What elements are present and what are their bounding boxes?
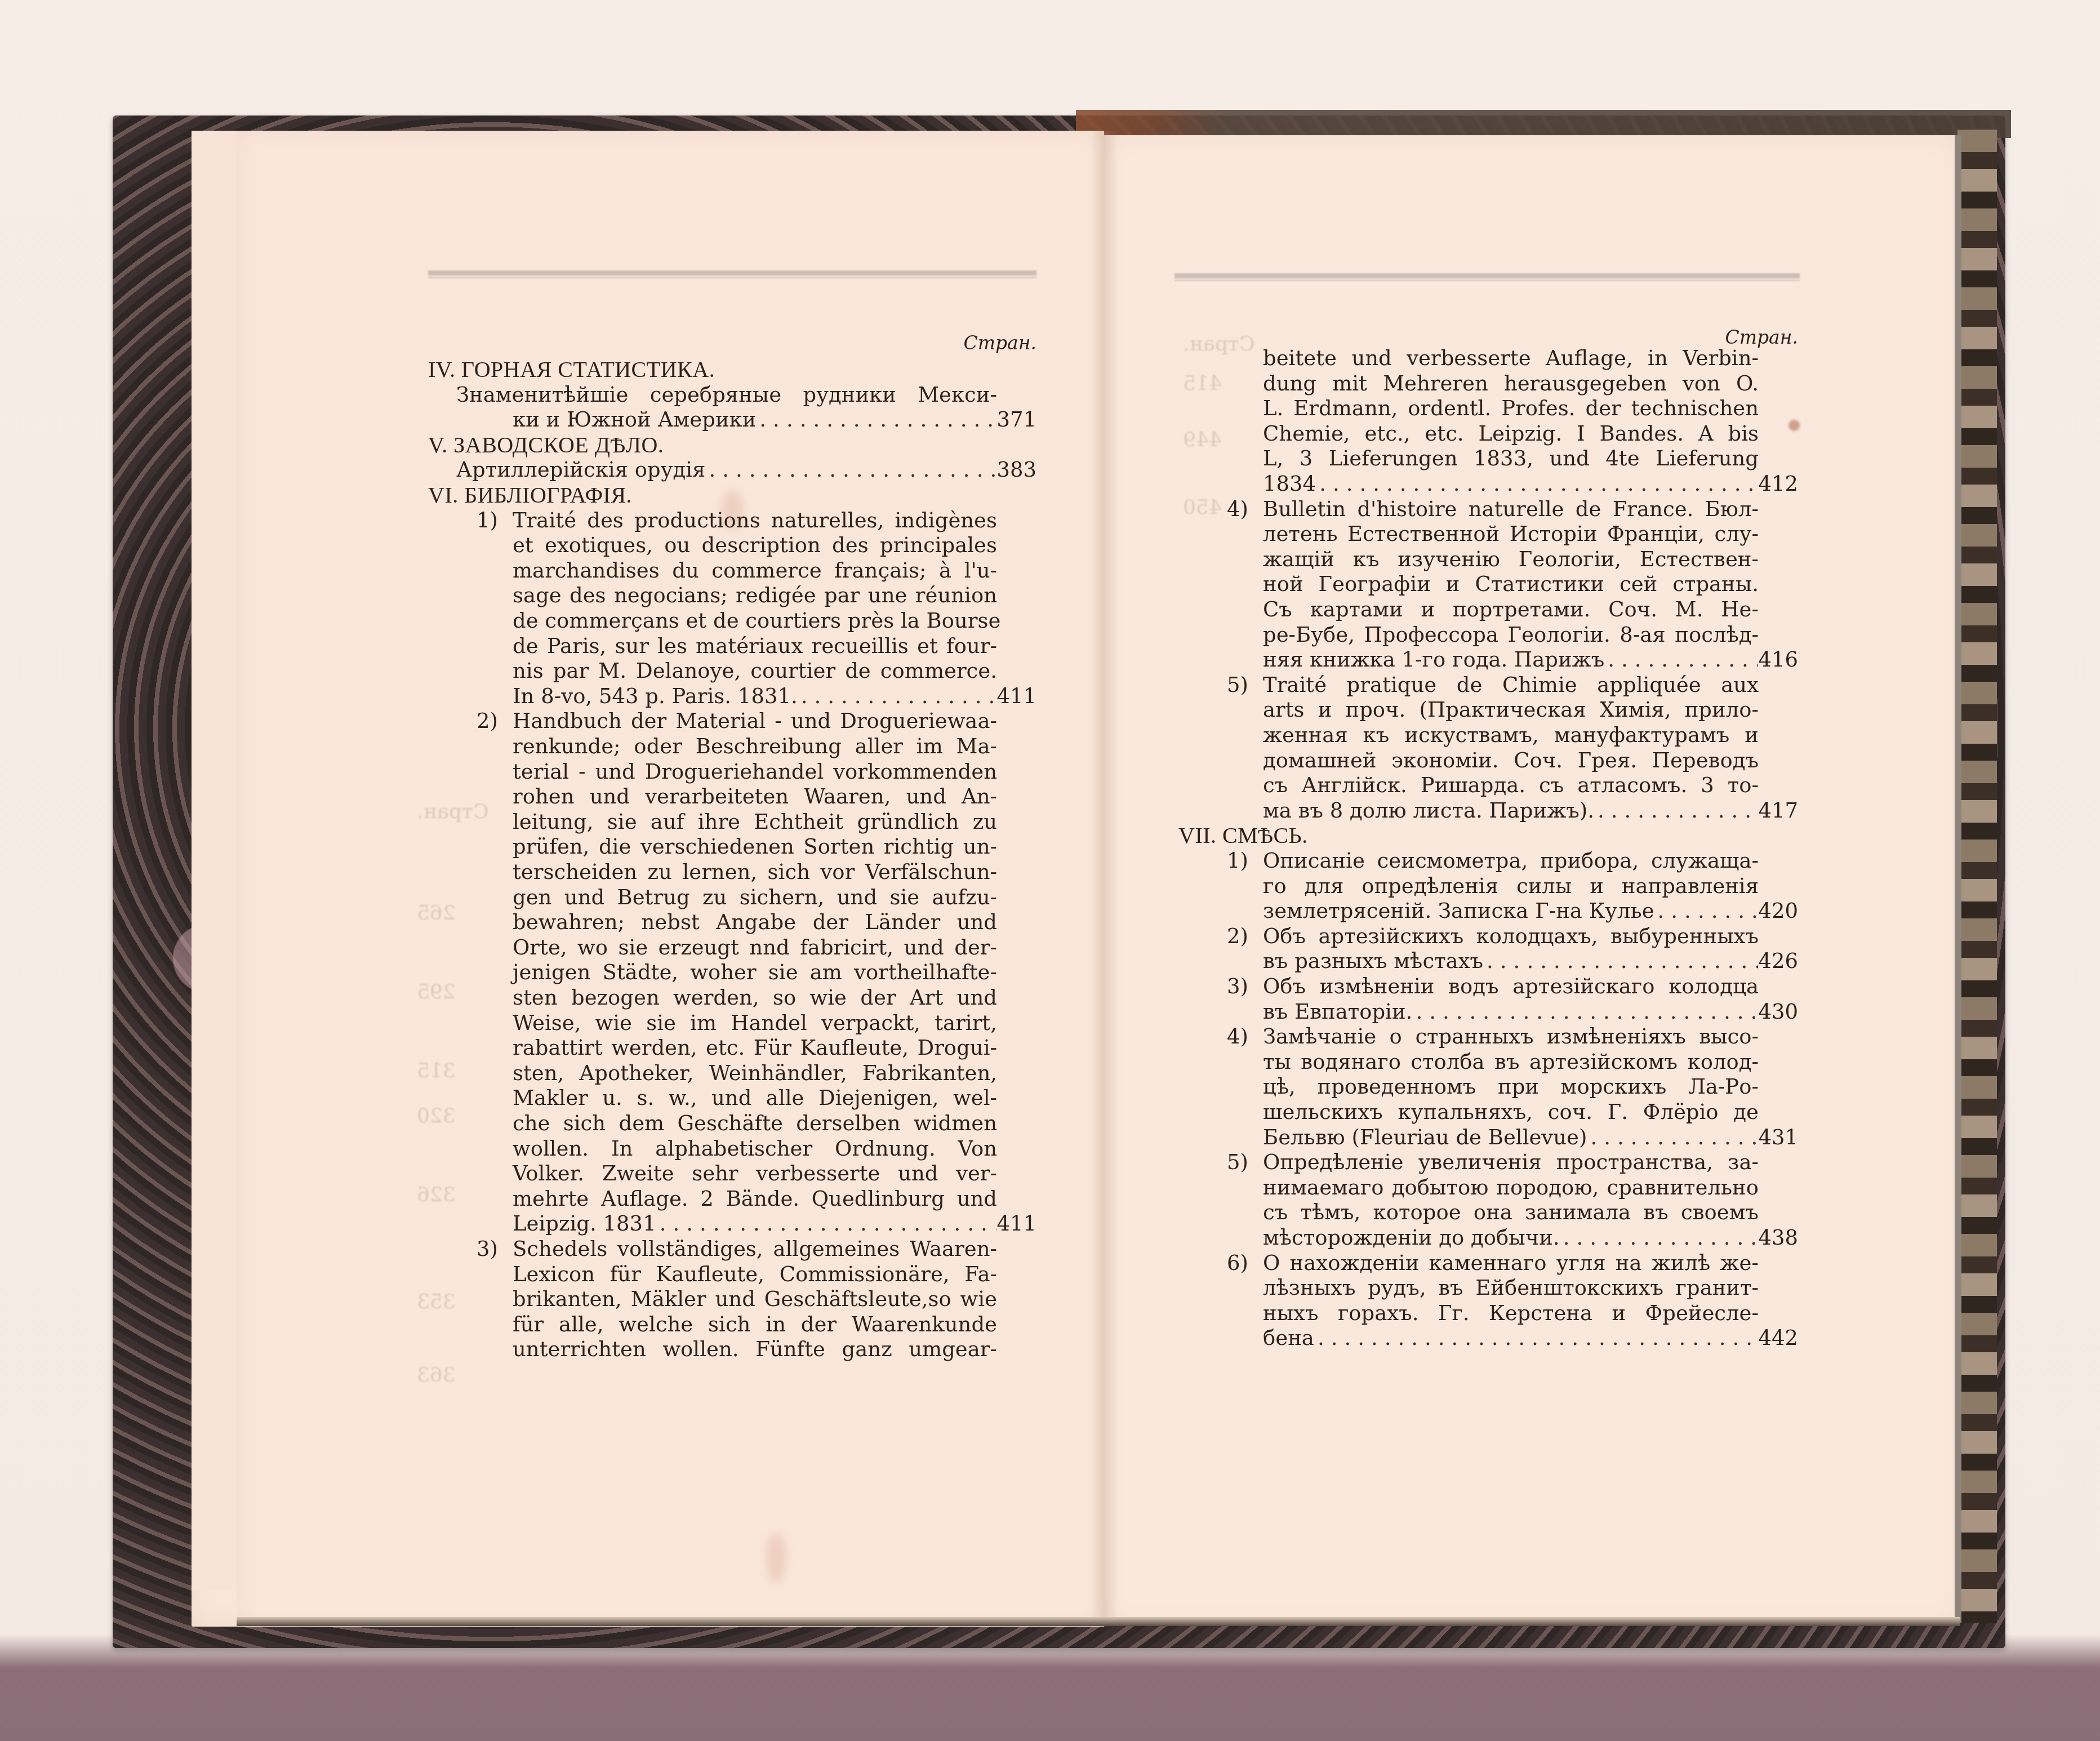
line-text: Съ картами и портретами. Соч. М. Не- xyxy=(1263,597,1759,621)
line-text: Lexicon für Kaufleute, Commissionäre, Fa… xyxy=(513,1262,997,1286)
book-cover-right-edge xyxy=(1957,130,1997,1623)
line-text: renkunde; oder Beschreibung aller im Ma- xyxy=(513,734,997,758)
line-text: съ тѣмъ, которое она занимала въ своемъ xyxy=(1263,1200,1759,1224)
toc-text-line: beitete und verbesserte Auflage, in Verb… xyxy=(1263,345,1759,372)
toc-text-line: женная къ искуствамъ, мануфактурамъ и xyxy=(1263,722,1759,749)
toc-text-line: sage des negocians; redigée par une réun… xyxy=(513,582,997,609)
page-block-edge xyxy=(1955,135,1961,1623)
section-heading: VI. БИБЛІОГРАФІЯ. xyxy=(428,482,1036,509)
page-number: 438 xyxy=(1758,1224,1798,1251)
line-text: sage des negocians; redigée par une réun… xyxy=(513,583,997,607)
page-number: 416 xyxy=(1758,646,1798,673)
toc-text-line: sten bezogen werden, so wie der Art und xyxy=(513,984,997,1011)
bleed-through-text: 326 xyxy=(417,1183,456,1206)
page-number: 417 xyxy=(1758,797,1798,824)
toc-text-line: съ тѣмъ, которое она занимала въ своемъ xyxy=(1263,1199,1759,1226)
line-text: gen und Betrug zu sichern, und sie aufzu… xyxy=(513,885,997,909)
item-number: 4) xyxy=(1227,496,1258,523)
section-heading: V. ЗАВОДСКОЕ ДѢЛО. xyxy=(428,432,1036,459)
line-text: Описаніе сеисмометра, прибора, служаща- xyxy=(1263,849,1759,873)
page-number: 383 xyxy=(996,456,1036,483)
line-text: женная къ искуствамъ, мануфактурамъ и xyxy=(1263,723,1759,747)
line-text: rohen und verarbeiteten Waaren, und An- xyxy=(513,784,997,809)
line-text: жащій къ изученію Геологіи, Естествен- xyxy=(1263,547,1759,571)
line-text: et exotiques, ou description des princip… xyxy=(513,533,997,557)
dot-leader: ........................................… xyxy=(1314,1325,1758,1352)
toc-text-line: 3)Объ измѣненіи водъ артезійскаго колодц… xyxy=(1263,973,1759,1000)
entry-title: бена xyxy=(1263,1325,1314,1352)
toc-entry: Leipzig. 1831...........................… xyxy=(513,1210,1036,1237)
entry-title: 1834 xyxy=(1263,470,1316,498)
section-title: IV. ГОРНАЯ СТАТИСТИКА. xyxy=(428,357,715,382)
toc-text-line: ты водянаго столба въ артезійскомъ колод… xyxy=(1263,1049,1759,1076)
entry-title: In 8-vo, 543 p. Paris. 1831. xyxy=(513,683,798,710)
item-number: 1) xyxy=(1227,847,1258,874)
toc-entry: няя книжка 1-го года. Парижъ............… xyxy=(1263,646,1798,673)
toc-text-line: цѣ, проведенномъ при морскихъ Ла-Ро- xyxy=(1263,1073,1759,1100)
line-text: mehrte Auflage. 2 Bände. Quedlinburg und xyxy=(513,1187,997,1211)
item-number: 3) xyxy=(477,1236,508,1263)
entry-title: ки и Южной Америки xyxy=(513,406,756,433)
line-text: bewahren; nebst Angabe der Länder und xyxy=(513,910,997,934)
toc-text-line: für alle, welche sich in der Waarenkunde xyxy=(513,1311,997,1338)
toc-text-line: sten, Apotheker, Weinhändler, Fabrikante… xyxy=(513,1060,997,1087)
section-heading: IV. ГОРНАЯ СТАТИСТИКА. xyxy=(428,356,1036,383)
line-text: unterrichten wollen. Fünfte ganz umgear- xyxy=(513,1337,997,1361)
page-number: 426 xyxy=(1758,948,1798,975)
line-text: prüfen, die verschiedenen Sorten richtig… xyxy=(513,834,997,859)
toc-text-line: 2)Handbuch der Material - und Droguerie­… xyxy=(513,708,997,735)
line-text: marchandises du commerce français; à l'u… xyxy=(513,558,997,583)
toc-text-line: unterrichten wollen. Fünfte ganz umgear- xyxy=(513,1336,997,1363)
toc-entry: бена....................................… xyxy=(1263,1325,1798,1352)
dot-leader: ........................................… xyxy=(1560,1224,1759,1251)
line-text: de Paris, sur les matériaux recueillis e… xyxy=(513,634,997,658)
section-title: V. ЗАВОДСКОЕ ДѢЛО. xyxy=(428,432,664,458)
line-text: Chemie, etc., etc. Leipzig. I Bandes. A … xyxy=(1263,421,1759,446)
section-title: VII. СМѢСЬ. xyxy=(1178,823,1308,848)
toc-text-line: лѣзныхъ рудъ, въ Ейбенштокскихъ гранит- xyxy=(1263,1274,1759,1302)
line-text: Traité des productions naturelles, indig… xyxy=(513,508,997,532)
bleed-through-text: Стран. xyxy=(417,800,488,823)
toc-text-line: го для опредѣленія силы и направленія xyxy=(1263,873,1759,900)
line-text: terial - und Drogueriehandel vorkommende… xyxy=(513,760,997,784)
toc-text-line: 2)Объ артезійскихъ колодцахъ, выбуренных… xyxy=(1263,923,1759,950)
dot-leader: ........................................… xyxy=(705,456,996,483)
page-number: 371 xyxy=(996,406,1036,433)
toc-text-line: нимаемаго добытою породою, сравнительно xyxy=(1263,1174,1759,1201)
line-text: Schedels vollständiges, allgemeines Waar… xyxy=(513,1237,997,1261)
line-text: für alle, welche sich in der Waarenkunde xyxy=(513,1312,997,1336)
line-text: dung mit Mehreren herausgegeben von O. xyxy=(1263,371,1759,396)
toc-text-line: terial - und Drogueriehandel vorkommende… xyxy=(513,758,997,785)
toc-entry: ма въ 8 долю листа. Парижъ).............… xyxy=(1263,797,1798,824)
page-number: 420 xyxy=(1758,898,1798,925)
toc-entry: землетрясеній. Записка Г-на Кулье.......… xyxy=(1263,898,1798,925)
line-text: Bulletin d'histoire naturelle de France.… xyxy=(1263,497,1759,521)
toc-text-line: съ Англійск. Ришарда. съ атласомъ. 3 то- xyxy=(1263,772,1759,799)
toc-text-line: Makler u. s. w., und alle Diejenigen, we… xyxy=(513,1085,997,1112)
toc-text-line: de Paris, sur les matériaux recueillis e… xyxy=(513,633,997,660)
toc-text-line: ной Географіи и Статистики сей страны. xyxy=(1263,571,1759,598)
toc-text-line: ныхъ горахъ. Гг. Керстена и Фрейесле- xyxy=(1263,1300,1759,1327)
header-rule-left xyxy=(428,270,1036,278)
line-text: leitung, sie auf ihre Echtheit gründlich… xyxy=(513,810,997,834)
line-text: ныхъ горахъ. Гг. Керстена и Фрейесле- xyxy=(1263,1301,1759,1325)
dot-leader: ........................................… xyxy=(756,406,996,433)
line-text: Traité pratique de Chimie appliquée aux xyxy=(1263,673,1759,697)
line-text: rabattirt werden, etc. Für Kaufleute, Dr… xyxy=(513,1036,997,1060)
page-number: 442 xyxy=(1758,1325,1798,1352)
page-number: 411 xyxy=(996,683,1036,710)
line-text: beitete und verbesserte Auflage, in Verb… xyxy=(1263,346,1759,370)
page-number: 412 xyxy=(1758,470,1798,498)
dot-leader: ........................................… xyxy=(1594,797,1758,824)
line-text: Знаменитѣйшіе серебряные рудники Мекси- xyxy=(456,383,997,407)
toc-text-line: 6)О нахожденіи каменнаго угля на жилѣ же… xyxy=(1263,1250,1759,1277)
item-number: 3) xyxy=(1227,973,1258,1000)
toc-text-line: nis par M. Delanoye, courtier de commerc… xyxy=(513,658,997,685)
toc-text-line: жащій къ изученію Геологіи, Естествен- xyxy=(1263,546,1759,573)
line-text: ре-Бубе, Профессора Геологіи. 8-ая послѣ… xyxy=(1263,623,1759,647)
toc-text-line: L, 3 Lieferungen 1833, und 4te Lieferung xyxy=(1263,445,1759,472)
toc-entry: Бельвю (Fleuriau de Bellevue)...........… xyxy=(1263,1124,1798,1151)
dot-leader: ........................................… xyxy=(798,683,997,710)
entry-title: въ Евпаторіи. xyxy=(1263,998,1412,1025)
line-text: Handbuch der Material - und Droguerie­wa… xyxy=(513,709,997,733)
dot-leader: ........................................… xyxy=(1316,470,1758,498)
toc-text-line: prüfen, die verschiedenen Sorten richtig… xyxy=(513,833,997,860)
bleed-through-text: 315 xyxy=(417,1059,456,1082)
page-column-label: Стран. xyxy=(428,330,1036,357)
line-text: che sich dem Geschäfte derselben widmen xyxy=(513,1111,997,1135)
bleed-through-text: 265 xyxy=(417,901,456,925)
line-text: Makler u. s. w., und alle Diejenigen, we… xyxy=(513,1086,997,1110)
toc-text-line: de commerçans et de courtiers près la Bo… xyxy=(513,607,997,634)
item-number: 5) xyxy=(1227,672,1258,699)
dot-leader: ........................................… xyxy=(1587,1124,1758,1151)
toc-entry: мѣсторожденіи до добычи.................… xyxy=(1263,1224,1798,1251)
line-text: arts и проч. (Практическая Химія, прило- xyxy=(1263,698,1759,722)
toc-text-line: Orte, wo sie erzeugt nnd fabricirt, und … xyxy=(513,934,997,961)
entry-title: землетрясеній. Записка Г-на Кулье xyxy=(1263,898,1654,925)
entry-title: няя книжка 1-го года. Парижъ xyxy=(1263,646,1604,673)
toc-text-line: 1)Traité des productions naturelles, ind… xyxy=(513,507,997,534)
line-text: L. Erdmann, ordentl. Profes. der technis… xyxy=(1263,396,1759,420)
entry-title: Бельвю (Fleuriau de Bellevue) xyxy=(1263,1124,1587,1151)
dot-leader: ........................................… xyxy=(1604,646,1758,673)
item-number: 5) xyxy=(1227,1149,1258,1176)
item-number: 2) xyxy=(1227,923,1258,950)
line-text: съ Англійск. Ришарда. съ атласомъ. 3 то- xyxy=(1263,773,1759,797)
toc-text-line: brikanten, Mäkler und Geschäftsleute,so … xyxy=(513,1286,997,1313)
toc-text-line: arts и проч. (Практическая Химія, прило- xyxy=(1263,696,1759,723)
entry-title: въ разныхъ мѣстахъ xyxy=(1263,948,1483,975)
toc-entry: въ разныхъ мѣстахъ......................… xyxy=(1263,948,1798,975)
toc-entry: Артиллерійскія орудія...................… xyxy=(456,456,1036,483)
dot-leader: ........................................… xyxy=(1654,898,1759,925)
header-rule-right xyxy=(1174,273,1800,281)
toc-text-line: mehrte Auflage. 2 Bände. Quedlinburg und xyxy=(513,1185,997,1213)
toc-entry: ки и Южной Америки......................… xyxy=(513,406,1036,433)
toc-text-line: Volker. Zweite sehr verbesserte und ver- xyxy=(513,1160,997,1187)
entry-title: Артиллерійскія орудія xyxy=(456,456,705,483)
item-number: 4) xyxy=(1227,1023,1258,1050)
line-text: Опредѣленіе увеличенія пространства, за- xyxy=(1263,1150,1759,1174)
toc-text-line: 3)Schedels vollständiges, allgemeines Wa… xyxy=(513,1236,997,1263)
toc-text-line: Знаменитѣйшіе серебряные рудники Мекси- xyxy=(456,381,997,408)
entry-title: ма въ 8 долю листа. Парижъ). xyxy=(1263,797,1594,824)
page-bottom-edge xyxy=(237,1617,1960,1626)
dot-leader: ........................................… xyxy=(1483,948,1758,975)
section-heading: VII. СМѢСЬ. xyxy=(1178,822,1798,849)
book-gutter xyxy=(1090,131,1118,1627)
bleed-through-text: 449 xyxy=(1183,428,1222,451)
item-number: 2) xyxy=(477,708,508,735)
item-number: 6) xyxy=(1227,1250,1258,1277)
line-text: нимаемаго добытою породою, сравнительно xyxy=(1263,1175,1759,1200)
toc-text-line: terscheiden zu lernen, sich vor Verfälsc… xyxy=(513,859,997,886)
toc-text-line: летень Естественной Исторіи Франціи, слу… xyxy=(1263,521,1759,548)
toc-text-line: wollen. In alphabetischer Ordnung. Von xyxy=(513,1135,997,1162)
line-text: de commerçans et de courtiers près la Bo… xyxy=(513,609,1000,633)
line-text: sten, Apotheker, Weinhändler, Fabrikante… xyxy=(513,1061,997,1085)
toc-text-line: Weise, wie sie im Handel verpackt, tarir… xyxy=(513,1010,997,1037)
dot-leader: ........................................… xyxy=(656,1210,997,1237)
bleed-through-text: 295 xyxy=(417,980,456,1003)
toc-text-line: домашней экономіи. Соч. Грея. Переводъ xyxy=(1263,747,1759,774)
line-text: шельскихъ купальняхъ, соч. Г. Флёріо де xyxy=(1263,1100,1759,1124)
toc-text-line: Lexicon für Kaufleute, Commissionäre, Fa… xyxy=(513,1261,997,1288)
line-text: Orte, wo sie erzeugt nnd fabricirt, und … xyxy=(513,935,997,960)
toc-entry: 1834....................................… xyxy=(1263,470,1798,498)
toc-text-line: Съ картами и портретами. Соч. М. Не- xyxy=(1263,596,1759,623)
line-text: Volker. Zweite sehr verbesserte und ver- xyxy=(513,1161,997,1185)
toc-text-line: шельскихъ купальняхъ, соч. Г. Флёріо де xyxy=(1263,1099,1759,1126)
line-text: sten bezogen werden, so wie der Art und xyxy=(513,985,997,1010)
bleed-through-text: 320 xyxy=(417,1104,456,1127)
line-text: домашней экономіи. Соч. Грея. Переводъ xyxy=(1263,748,1759,772)
line-text: го для опредѣленія силы и направленія xyxy=(1263,874,1759,898)
line-text: jenigen Städte, woher sie am vortheilhaf… xyxy=(513,960,997,984)
toc-text-line: rabattirt werden, etc. Für Kaufleute, Dr… xyxy=(513,1034,997,1062)
toc-text-line: dung mit Mehreren herausgegeben von O. xyxy=(1263,370,1759,397)
toc-text-line: L. Erdmann, ordentl. Profes. der technis… xyxy=(1263,395,1759,422)
line-text: ной Географіи и Статистики сей страны. xyxy=(1263,572,1759,596)
line-text: Объ артезійскихъ колодцахъ, выбуренныхъ xyxy=(1263,924,1759,948)
toc-text-line: bewahren; nebst Angabe der Länder und xyxy=(513,909,997,936)
section-title: VI. БИБЛІОГРАФІЯ. xyxy=(428,482,632,508)
toc-text-line: 1)Описаніе сеисмометра, прибора, служаща… xyxy=(1263,847,1759,874)
line-text: О нахожденіи каменнаго угля на жилѣ же- xyxy=(1263,1251,1759,1275)
dot-leader: ........................................… xyxy=(1412,998,1758,1025)
item-number: 1) xyxy=(477,507,508,534)
line-text: лѣзныхъ рудъ, въ Ейбенштокскихъ гранит- xyxy=(1263,1276,1759,1300)
page-number: 430 xyxy=(1758,998,1798,1025)
line-text: ты водянаго столба въ артезійскомъ колод… xyxy=(1263,1050,1759,1074)
line-text: nis par M. Delanoye, courtier de commerc… xyxy=(513,659,997,683)
toc-text-line: gen und Betrug zu sichern, und sie aufzu… xyxy=(513,884,997,911)
toc-entry: въ Евпаторіи............................… xyxy=(1263,998,1798,1025)
toc-text-line: jenigen Städte, woher sie am vortheilhaf… xyxy=(513,959,997,986)
toc-entry: In 8-vo, 543 p. Paris. 1831.............… xyxy=(513,683,1036,710)
bleed-through-text: 363 xyxy=(417,1364,456,1387)
entry-title: мѣсторожденіи до добычи. xyxy=(1263,1224,1560,1251)
book-cover-top-edge xyxy=(1076,110,2011,138)
toc-text-line: Chemie, etc., etc. Leipzig. I Bandes. A … xyxy=(1263,420,1759,447)
toc-text-line: leitung, sie auf ihre Echtheit gründlich… xyxy=(513,809,997,836)
page-number: 431 xyxy=(1758,1124,1798,1151)
line-text: летень Естественной Исторіи Франціи, слу… xyxy=(1263,522,1759,546)
toc-text-line: 4)Замѣчаніе о странныхъ измѣненіяхъ высо… xyxy=(1263,1023,1759,1050)
line-text: brikanten, Mäkler und Geschäftsleute,so … xyxy=(513,1287,997,1311)
line-text: L, 3 Lieferungen 1833, und 4te Lieferung xyxy=(1263,446,1759,470)
line-text: Объ измѣненіи водъ артезійскаго колодца xyxy=(1263,974,1759,998)
toc-text-line: ре-Бубе, Профессора Геологіи. 8-ая послѣ… xyxy=(1263,621,1759,649)
toc-text-line: 5)Опредѣленіе увеличенія пространства, з… xyxy=(1263,1149,1759,1176)
line-text: цѣ, проведенномъ при морскихъ Ла-Ро- xyxy=(1263,1074,1759,1099)
bleed-through-text: 450 xyxy=(1183,496,1222,519)
toc-text-line: 4)Bulletin d'histoire naturelle de Franc… xyxy=(1263,496,1759,523)
toc-text-line: che sich dem Geschäfte derselben widmen xyxy=(513,1110,997,1137)
line-text: terscheiden zu lernen, sich vor Verfälsc… xyxy=(513,860,997,884)
page-number: 411 xyxy=(996,1210,1036,1237)
entry-title: Leipzig. 1831 xyxy=(513,1210,656,1237)
paper-stain xyxy=(766,1533,786,1583)
paper-spot xyxy=(1788,420,1800,431)
toc-text-line: et exotiques, ou description des princip… xyxy=(513,532,997,559)
line-text: wollen. In alphabetischer Ordnung. Von xyxy=(513,1136,997,1161)
toc-text-line: 5)Traité pratique de Chimie appliquée au… xyxy=(1263,672,1759,699)
flyleaf-strip xyxy=(192,131,243,1590)
bleed-through-text: 415 xyxy=(1183,372,1222,395)
line-text: Замѣчаніе о странныхъ измѣненіяхъ высо- xyxy=(1263,1024,1759,1049)
toc-text-line: marchandises du commerce français; à l'u… xyxy=(513,557,997,584)
bleed-through-text: 353 xyxy=(417,1290,456,1313)
toc-text-line: renkunde; oder Beschreibung aller im Ma- xyxy=(513,733,997,760)
line-text: Weise, wie sie im Handel verpackt, tarir… xyxy=(513,1011,997,1035)
toc-text-line: rohen und verarbeiteten Waaren, und An- xyxy=(513,783,997,810)
